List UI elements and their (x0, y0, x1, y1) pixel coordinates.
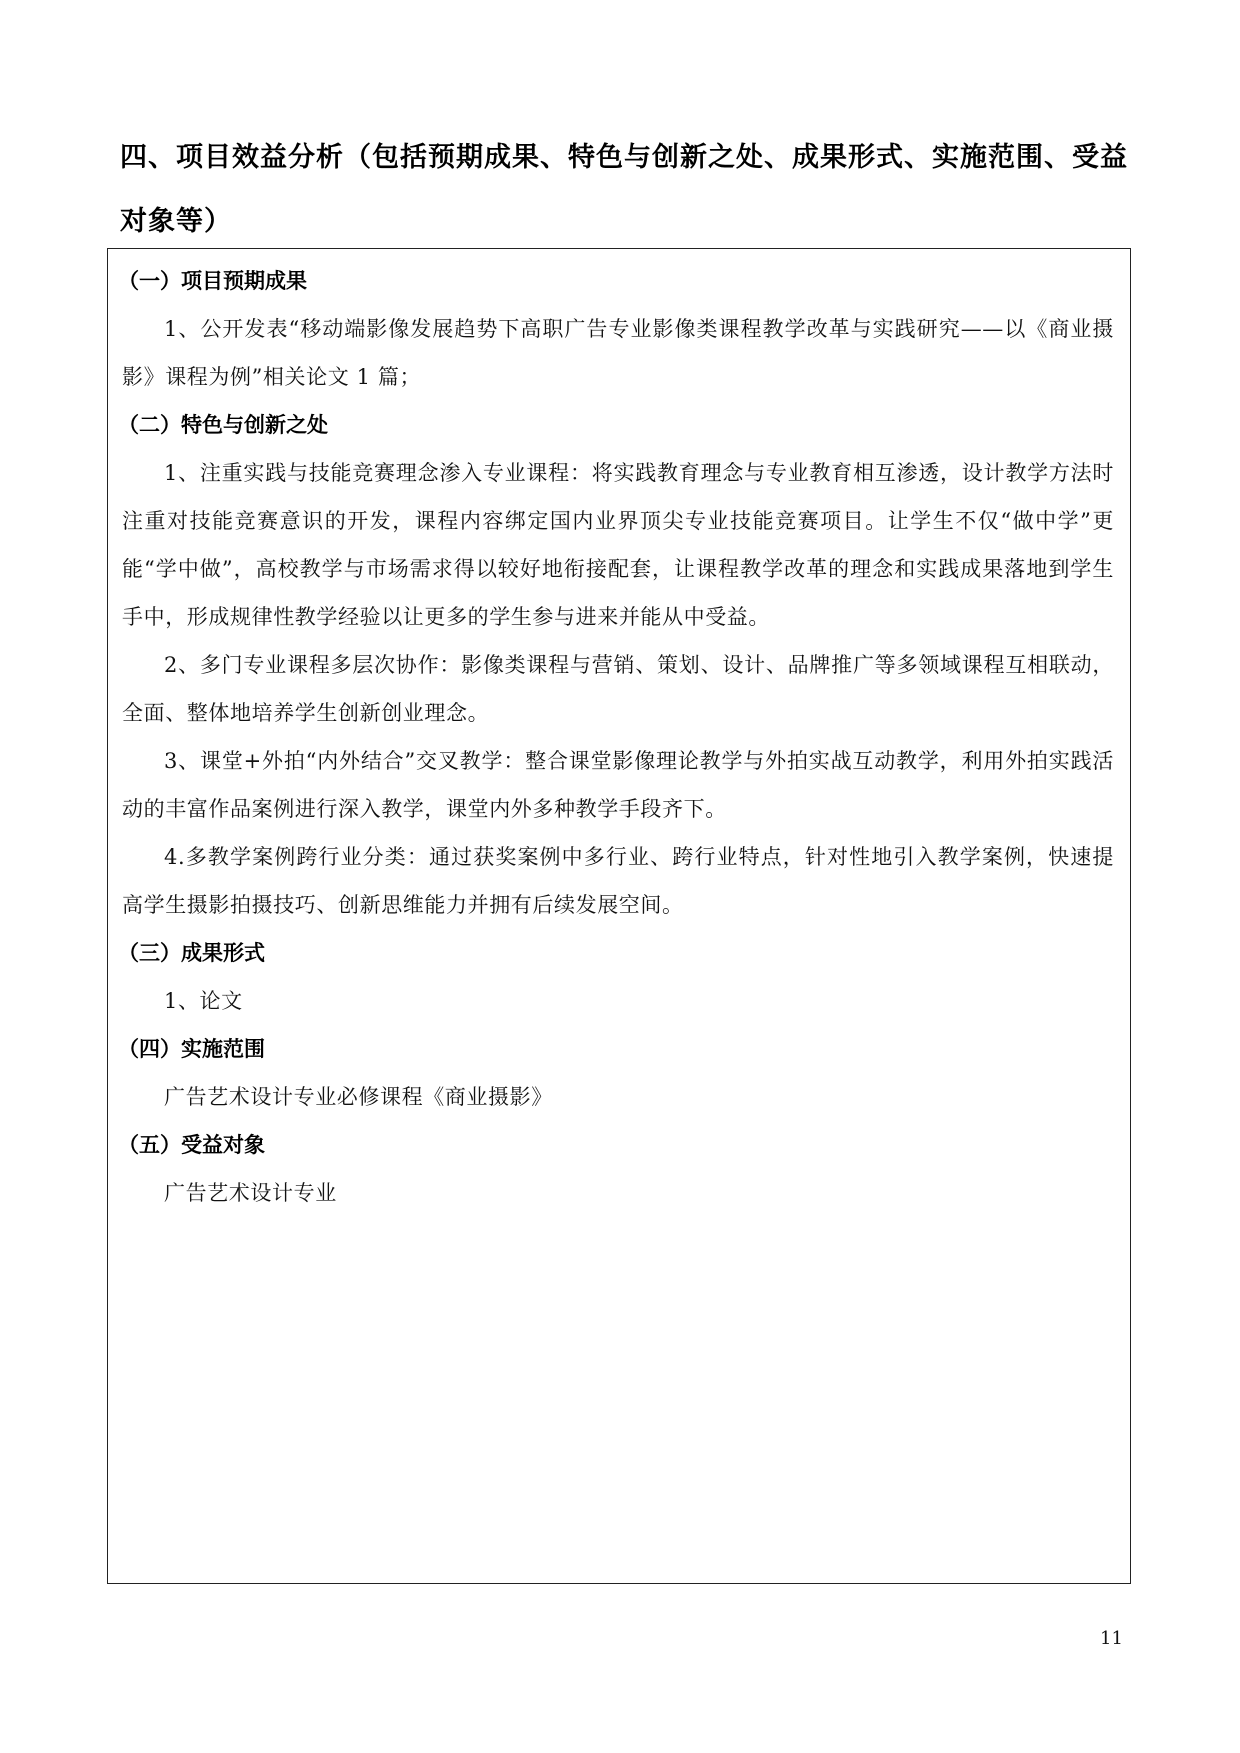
subsection-title-beneficiaries: （五）受益对象 (118, 1121, 1114, 1169)
section-heading: 四、项目效益分析（包括预期成果、特色与创新之处、成果形式、实施范围、受益对象等） (120, 126, 1140, 254)
subsection-title-features-innovation: （二）特色与创新之处 (118, 401, 1114, 449)
paragraph-feature-1: 1、注重实践与技能竞赛理念渗入专业课程：将实践教育理念与专业教育相互渗透，设计教… (122, 449, 1114, 641)
page-number: 11 (1100, 1628, 1123, 1649)
beneficiaries-item: 广告艺术设计专业 (122, 1169, 1114, 1217)
subsection-title-expected-results: （一）项目预期成果 (118, 257, 1114, 305)
subsection-title-result-form: （三）成果形式 (118, 929, 1114, 977)
content-box-inner: （一）项目预期成果 1、公开发表“移动端影像发展趋势下高职广告专业影像类课程教学… (122, 257, 1114, 1217)
result-form-item: 1、论文 (122, 977, 1114, 1025)
subsection-title-implementation-scope: （四）实施范围 (118, 1025, 1114, 1073)
paragraph-feature-3: 3、课堂+外拍“内外结合”交叉教学：整合课堂影像理论教学与外拍实战互动教学，利用… (122, 737, 1114, 833)
paragraph-feature-4: 4.多教学案例跨行业分类：通过获奖案例中多行业、跨行业特点，针对性地引入教学案例… (122, 833, 1114, 929)
content-box: （一）项目预期成果 1、公开发表“移动端影像发展趋势下高职广告专业影像类课程教学… (107, 248, 1131, 1584)
paragraph-feature-2: 2、多门专业课程多层次协作：影像类课程与营销、策划、设计、品牌推广等多领域课程互… (122, 641, 1114, 737)
implementation-scope-item: 广告艺术设计专业必修课程《商业摄影》 (122, 1073, 1114, 1121)
paragraph-expected-result-1: 1、公开发表“移动端影像发展趋势下高职广告专业影像类课程教学改革与实践研究——以… (122, 305, 1114, 401)
